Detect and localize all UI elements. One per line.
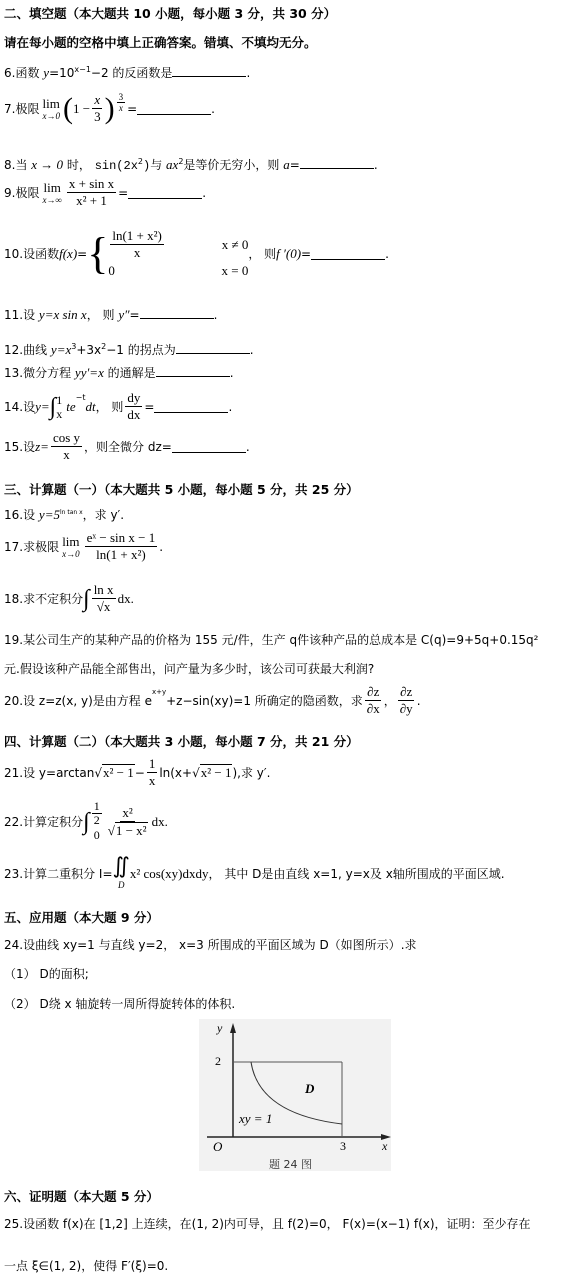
fraction: ln x√x bbox=[92, 582, 116, 615]
question-24-part-2: （2） D绕 x 轴旋转一周所得旋转体的体积. bbox=[4, 996, 235, 1012]
question-18: 18.求不定积分 ∫ ln x√x dx. bbox=[4, 582, 134, 615]
answer-blank bbox=[156, 364, 230, 377]
answer-blank bbox=[300, 156, 374, 169]
question-19-line-1: 19.某公司生产的某种产品的价格为 155 元/件，生产 q件该种产品的总成本是… bbox=[4, 632, 538, 648]
integral-limits: 12 0 bbox=[90, 800, 104, 843]
section-5-title: 五、应用题（本大题 9 分） bbox=[4, 908, 159, 926]
answer-blank bbox=[172, 440, 246, 453]
fraction: x3 bbox=[92, 92, 103, 125]
question-10: 10.设函数 f(x) = { ln(1 + x²)x x ≠ 0 0 x = … bbox=[4, 228, 389, 279]
question-7: 7.极限 limx→0 ( 1 − x3 ) 3x =. bbox=[4, 92, 215, 125]
question-25-line-2: 一点 ξ∈(1, 2)，使得 F′(ξ)=0. bbox=[4, 1258, 168, 1274]
origin-label: O bbox=[213, 1139, 222, 1155]
section-2-title: 二、填空题（本大题共 10 小题，每小题 3 分，共 30 分） bbox=[4, 4, 336, 22]
piecewise-cases: ln(1 + x²)x x ≠ 0 0 x = 0 bbox=[108, 228, 248, 279]
region-label: D bbox=[305, 1081, 314, 1097]
figure-caption: 题 24 图 bbox=[269, 1156, 312, 1172]
limit: limx→0 bbox=[42, 97, 60, 121]
question-21: 21.设 y=arctan √x² − 1 − 1x ln(x+ √x² − 1… bbox=[4, 756, 270, 789]
answer-blank bbox=[137, 102, 211, 115]
question-13: 13.微分方程 yy′=x 的通解是. bbox=[4, 364, 234, 381]
partial-z-x: ∂z∂x bbox=[365, 684, 382, 717]
answer-blank bbox=[311, 247, 385, 260]
fraction: ln(1 + x²)x bbox=[110, 228, 164, 261]
fraction: cos yx bbox=[51, 430, 82, 463]
fraction: dydx bbox=[125, 390, 142, 423]
question-22: 22.计算定积分 ∫ 12 0 x²√1 − x² dx. bbox=[4, 800, 168, 843]
section-2-instruction: 请在每小题的空格中填上正确答案。错填、不填均无分。 bbox=[4, 33, 317, 51]
exponent-fraction: 3x bbox=[117, 92, 126, 113]
question-8: 8.当 x → 0 时， sin(2x2)与 ax2是等价无穷小，则 a=. bbox=[4, 154, 378, 174]
question-24-stem: 24.设曲线 xy=1 与直线 y=2， x=3 所围成的平面区域为 D（如图所… bbox=[4, 937, 417, 953]
question-11: 11.设 y=x sin x， 则 y″=. bbox=[4, 306, 217, 323]
section-3-title: 三、计算题（一）（本大题共 5 小题，每小题 5 分，共 25 分） bbox=[4, 480, 359, 498]
x-tick-label: 3 bbox=[340, 1139, 346, 1154]
question-9: 9.极限 limx→∞ x + sin xx² + 1 =. bbox=[4, 176, 206, 209]
question-14: 14.设 y= ∫ 1x te−tdt ， 则 dydx =. bbox=[4, 390, 232, 423]
figure-24: y 2 D xy = 1 O 3 x 题 24 图 bbox=[199, 1019, 391, 1171]
answer-blank bbox=[154, 400, 228, 413]
section-4-title: 四、计算题（二）（本大题共 3 小题，每小题 7 分，共 21 分） bbox=[4, 732, 359, 750]
section-6-title: 六、证明题（本大题 5 分） bbox=[4, 1187, 159, 1205]
x-axis-label: x bbox=[382, 1139, 387, 1154]
question-17: 17.求极限 limx→0 eˣ − sin x − 1ln(1 + x²) . bbox=[4, 530, 163, 563]
integral-sign: ∫ bbox=[83, 591, 90, 607]
answer-blank bbox=[172, 64, 246, 77]
curve-label: xy = 1 bbox=[239, 1111, 272, 1127]
answer-blank bbox=[176, 341, 250, 354]
question-12: 12.曲线 y=x3+3x2−1 的拐点为. bbox=[4, 339, 254, 358]
fraction: 1x bbox=[147, 756, 158, 789]
question-16: 16.设 y=5ln tan x，求 y′. bbox=[4, 505, 124, 523]
answer-blank bbox=[140, 306, 214, 319]
partial-z-y: ∂z∂y bbox=[398, 684, 415, 717]
region-diagram bbox=[199, 1019, 391, 1171]
answer-blank bbox=[128, 186, 202, 199]
question-24-part-1: （1） D的面积; bbox=[4, 966, 89, 982]
double-integral: ∬ D bbox=[113, 855, 130, 893]
fraction: x + sin xx² + 1 bbox=[67, 176, 116, 209]
question-19-line-2: 元.假设该种产品能全部售出，问产量为多少时，该公司可获最大利润? bbox=[4, 661, 374, 677]
question-20: 20.设 z=z(x, y)是由方程 ex+y+z−sin(xy)=1 所确定的… bbox=[4, 684, 421, 717]
limit: limx→0 bbox=[62, 535, 80, 559]
integral-sign: ∫ bbox=[83, 814, 90, 830]
fraction: eˣ − sin x − 1ln(1 + x²) bbox=[85, 530, 158, 563]
y-tick-label: 2 bbox=[215, 1054, 221, 1069]
question-6: 6.函数 y=10x−1−2 的反函数是. bbox=[4, 62, 250, 81]
question-23: 23.计算二重积分 I= ∬ D x² cos(xy)dxdy ， 其中 D是由… bbox=[4, 855, 505, 893]
fraction: x²√1 − x² bbox=[106, 805, 150, 839]
limit: limx→∞ bbox=[42, 181, 61, 205]
integral-sign: ∫ bbox=[50, 399, 57, 415]
question-25-line-1: 25.设函数 f(x)在 [1,2] 上连续，在(1, 2)内可导，且 f(2)… bbox=[4, 1216, 531, 1232]
y-axis-label: y bbox=[217, 1021, 222, 1036]
question-15: 15.设 z= cos yx ，则全微分 dz=. bbox=[4, 430, 250, 463]
